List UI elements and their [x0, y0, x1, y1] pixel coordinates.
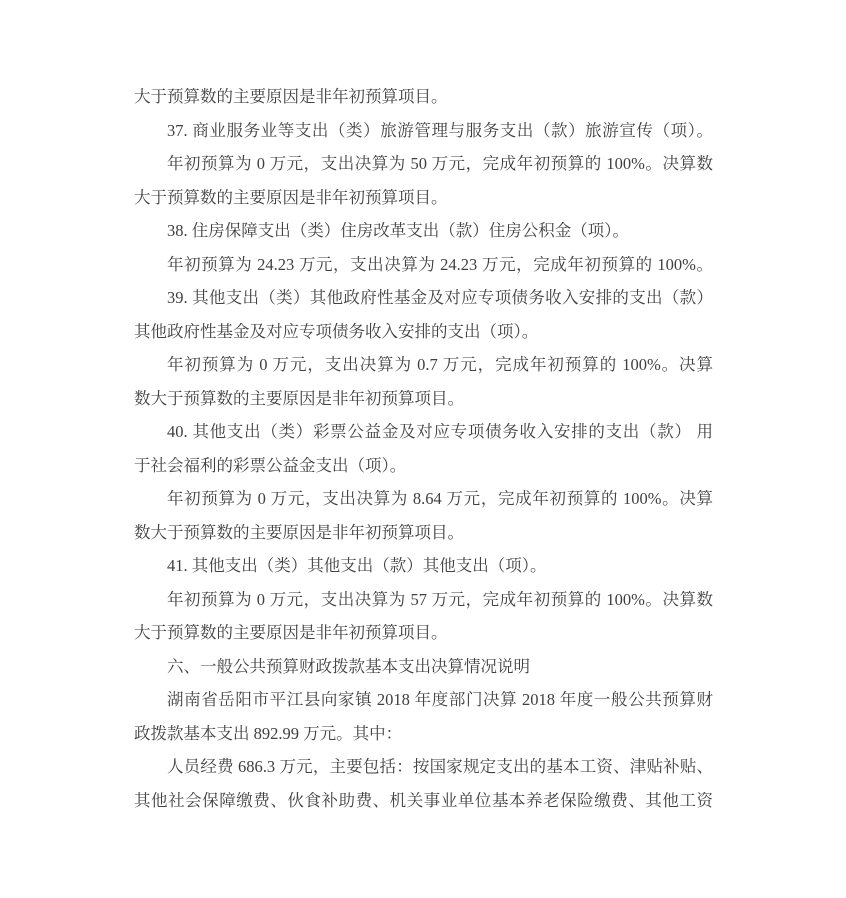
item-37-budget-line: 年初预算为 0 万元，支出决算为 50 万元，完成年初预算的 100%。决算数	[134, 147, 713, 181]
item-40-reason-line: 数大于预算数的主要原因是非年初预算项目。	[134, 516, 713, 550]
item-39-title-line-2: 其他政府性基金及对应专项债务收入安排的支出（项）。	[134, 315, 713, 349]
personnel-expense-line-2: 其他社会保障缴费、伙食补助费、机关事业单位基本养老保险缴费、其他工资	[134, 784, 713, 818]
section-6-intro-line-2: 政拨款基本支出 892.99 万元。其中：	[134, 717, 713, 751]
item-40-budget-line: 年初预算为 0 万元，支出决算为 8.64 万元，完成年初预算的 100%。决算	[134, 482, 713, 516]
item-37-title-line: 37. 商业服务业等支出（类）旅游管理与服务支出（款）旅游宣传（项）。	[134, 114, 713, 148]
item-37-reason-line: 大于预算数的主要原因是非年初预算项目。	[134, 181, 713, 215]
personnel-expense-line: 人员经费 686.3 万元，主要包括：按国家规定支出的基本工资、津贴补贴、	[134, 750, 713, 784]
item-38-budget-line: 年初预算为 24.23 万元，支出决算为 24.23 万元，完成年初预算的 10…	[134, 248, 713, 282]
item-41-reason-line: 大于预算数的主要原因是非年初预算项目。	[134, 616, 713, 650]
item-39-reason-line: 数大于预算数的主要原因是非年初预算项目。	[134, 382, 713, 416]
item-40-title-line-2: 于社会福利的彩票公益金支出（项）。	[134, 449, 713, 483]
prev-item-reason-line: 大于预算数的主要原因是非年初预算项目。	[134, 80, 713, 114]
item-38-title-line: 38. 住房保障支出（类）住房改革支出（款）住房公积金（项）。	[134, 214, 713, 248]
section-6-intro-line: 湖南省岳阳市平江县向家镇 2018 年度部门决算 2018 年度一般公共预算财	[134, 683, 713, 717]
section-6-heading-line: 六、一般公共预算财政拨款基本支出决算情况说明	[134, 650, 713, 684]
item-41-title-line: 41. 其他支出（类）其他支出（款）其他支出（项）。	[134, 549, 713, 583]
item-39-budget-line: 年初预算为 0 万元，支出决算为 0.7 万元，完成年初预算的 100%。决算	[134, 348, 713, 382]
document-page: 大于预算数的主要原因是非年初预算项目。 37. 商业服务业等支出（类）旅游管理与…	[0, 0, 846, 898]
item-40-title-line: 40. 其他支出（类）彩票公益金及对应专项债务收入安排的支出（款） 用	[134, 415, 713, 449]
item-41-budget-line: 年初预算为 0 万元，支出决算为 57 万元，完成年初预算的 100%。决算数	[134, 583, 713, 617]
item-39-title-line: 39. 其他支出（类）其他政府性基金及对应专项债务收入安排的支出（款）	[134, 281, 713, 315]
document-text-block: 大于预算数的主要原因是非年初预算项目。 37. 商业服务业等支出（类）旅游管理与…	[134, 80, 713, 817]
